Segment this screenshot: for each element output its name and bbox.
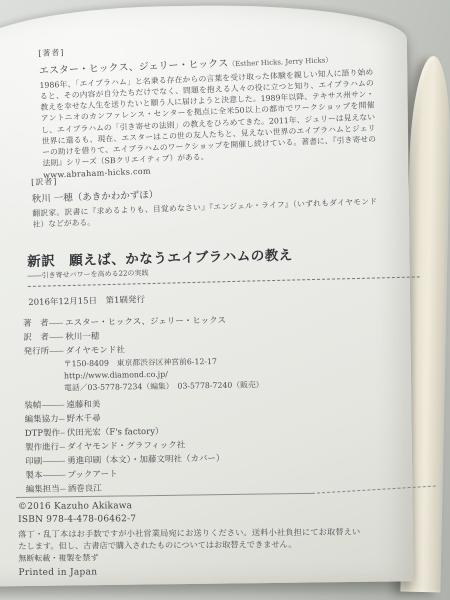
colophon-label: 編集協力 <box>25 412 59 427</box>
author-bio: 1986年、「エイブラハム」と名乗る存在からの言葉を受け取った体験を親しい知人に… <box>39 67 376 169</box>
colophon-label-box: 製作進行——————————————— <box>25 440 65 455</box>
colophon-value: 伏田光宏（F's factory） <box>65 424 164 440</box>
footer-section: ©2016 Kazuho Akikawa ISBN 978-4-478-0646… <box>18 498 419 580</box>
colophon-value: 遠藤和美 <box>64 397 100 412</box>
colophon-label-box: 訳 者——————————————— <box>23 330 63 345</box>
return-notice: 落丁・乱丁本はお手数ですが小社営業局宛にお送りください。送料小社負担にてお取替え… <box>18 527 360 553</box>
colophon-value: 野木千尋 <box>64 411 100 426</box>
colophon-label: 著 者 <box>23 317 49 331</box>
colophon-label: 訳 者 <box>23 331 49 345</box>
colophon-value: ダイヤモンド社 <box>63 343 125 358</box>
colophon-credits: 著 者——————————————— エスター・ヒックス、ジェリー・ヒックス 訳… <box>23 311 418 497</box>
title-block: 新訳 願えば、かなうエイブラハムの教え ――引き寄せパワーを高める22の実践 2… <box>27 240 420 308</box>
author-section: [著者] エスター・ヒックス、ジェリー・ヒックス（Esther Hicks, J… <box>38 35 377 180</box>
colophon-label-box: DTP製作——————————————— <box>25 426 65 441</box>
colophon-label: 製本 <box>25 468 42 482</box>
colophon-label: 装幀 <box>24 398 41 412</box>
colophon-label: 編集担当 <box>26 482 60 497</box>
colophon-label: 印刷 <box>25 454 42 468</box>
colophon-label-box: 編集協力——————————————— <box>25 412 65 427</box>
dash-connector: ——————————————— <box>42 454 65 468</box>
dash-connector: ——————————————— <box>42 468 65 482</box>
colophon-label-box: 装幀——————————————— <box>24 398 64 413</box>
publisher-details: 〒150-8409 東京都渋谷区神宮前6-12-17 http://www.di… <box>64 353 417 395</box>
colophon-label-box: 編集担当——————————————— <box>26 482 66 497</box>
rights-notice: 無断転載・複製を禁ず <box>18 550 418 565</box>
dash-connector: ——————————————— <box>49 316 64 330</box>
colophon-label-box: 製本——————————————— <box>25 468 65 483</box>
colophon-label: 発行所 <box>23 345 49 359</box>
colophon-value: 秋川一穂 <box>63 330 99 345</box>
colophon-label-box: 印刷——————————————— <box>25 454 65 469</box>
dash-connector: ——————————————— <box>49 330 64 344</box>
colophon-label: 製作進行 <box>25 440 59 455</box>
colophon-value: ブックアート <box>65 467 117 482</box>
colophon-label: DTP製作 <box>25 426 60 441</box>
colophon-value: 酒巻良江 <box>66 481 102 496</box>
dash-connector: ——————————————— <box>49 344 64 358</box>
isbn-line: ISBN 978-4-478-06462-7 <box>18 511 418 527</box>
colophon-label-box: 発行所——————————————— <box>23 344 63 359</box>
colophon-value: エスター・ヒックス、ジェリー・ヒックス <box>63 314 226 331</box>
colophon-value: 勇進印刷（本文）・加藤文明社（カバー） <box>65 451 224 467</box>
colophon-label-box: 著 者——————————————— <box>23 316 63 331</box>
book-page-photo: [著者] エスター・ヒックス、ジェリー・ヒックス（Esther Hicks, J… <box>0 0 450 600</box>
author-name-en: （Esther Hicks, Jerry Hicks） <box>228 56 332 68</box>
dash-connector: ——————————————— <box>41 398 64 412</box>
